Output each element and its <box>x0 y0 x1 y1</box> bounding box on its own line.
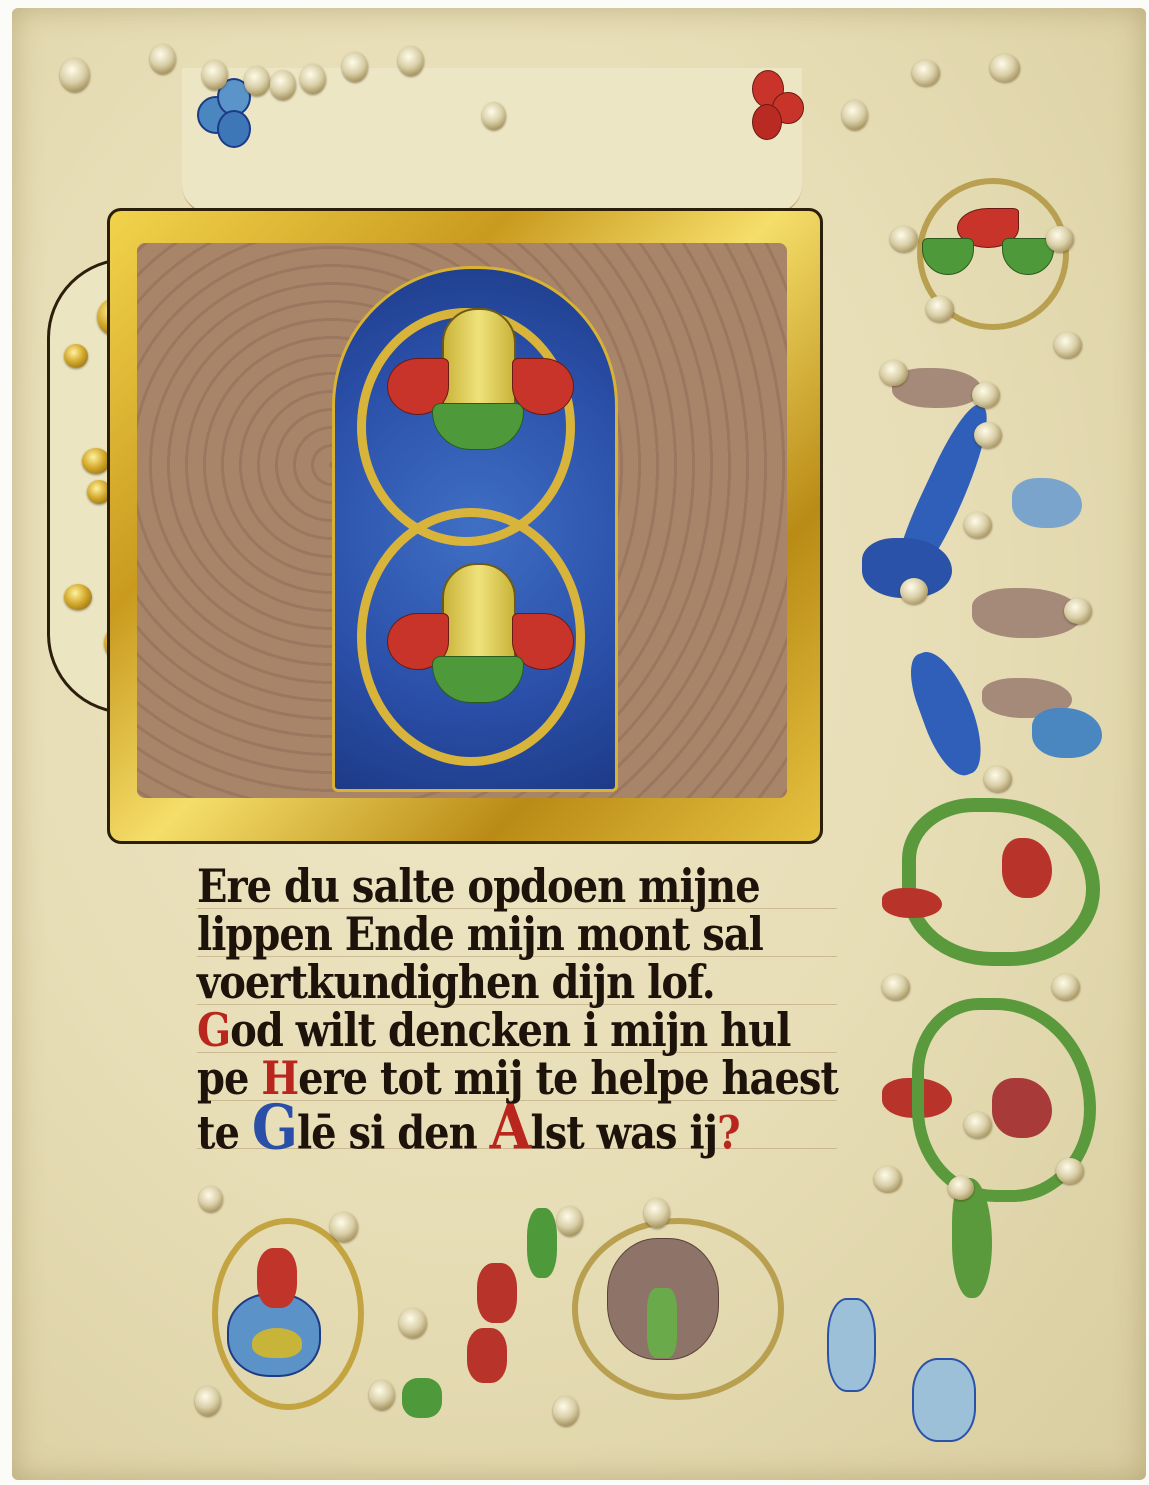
bezant-icon <box>553 1396 579 1426</box>
initial-letter: E <box>345 907 375 961</box>
bezant-icon <box>1052 974 1080 1000</box>
bezant-icon <box>1046 226 1074 252</box>
gold-bezant-icon <box>64 584 92 610</box>
bezant-icon <box>60 58 90 92</box>
bezant-icon <box>342 52 368 82</box>
red-initial: A <box>490 1090 531 1164</box>
bezant-icon <box>369 1380 395 1410</box>
gold-bezant-icon <box>82 448 110 474</box>
red-bud-icon <box>257 1248 297 1308</box>
green-leaf-icon <box>527 1208 557 1278</box>
bezant-icon <box>912 60 940 86</box>
bezant-icon <box>398 46 424 76</box>
bezant-icon <box>270 70 296 100</box>
bezant-icon <box>880 360 908 386</box>
bezant-icon <box>882 974 910 1000</box>
text-block: Ere du salte opdoen mijne lippen Ende mi… <box>197 863 837 1157</box>
text-line-1: Ere du salte opdoen mijne <box>197 859 837 914</box>
text-line-2: lippen Ende mijn mont sal <box>197 907 837 962</box>
bezant-icon <box>990 54 1020 82</box>
light-blue-acanthus-icon <box>1012 478 1082 528</box>
bezant-icon <box>842 100 868 130</box>
bezant-icon <box>964 1112 992 1138</box>
light-blue-leaf-icon <box>827 1298 876 1392</box>
text-line-6: te Glē si den Alst was ij? <box>197 1099 837 1161</box>
bezant-icon <box>890 226 918 252</box>
bezant-icon <box>199 1186 223 1212</box>
bezant-icon <box>1056 1158 1084 1184</box>
text-line-3: voertkundighen dijn lof. <box>197 955 837 1010</box>
bezant-icon <box>964 512 992 538</box>
bezant-icon <box>150 44 176 74</box>
blue-acanthus-icon <box>901 643 992 782</box>
blue-acanthus-icon <box>1032 708 1102 758</box>
green-leaf-icon <box>402 1378 442 1418</box>
bezant-icon <box>244 66 270 96</box>
green-acanthus-icon <box>902 798 1100 966</box>
yellow-bud-icon <box>442 563 516 667</box>
bezant-icon <box>972 382 1000 408</box>
bezant-icon <box>1064 598 1092 624</box>
red-leaf-icon <box>467 1328 507 1383</box>
light-blue-leaf-icon <box>912 1358 976 1442</box>
yellow-center-icon <box>252 1328 302 1358</box>
red-initial: G <box>197 1003 230 1057</box>
text-line-4: God wilt dencken i mijn hul <box>197 1003 837 1058</box>
bezant-icon <box>644 1198 670 1228</box>
yellow-bud-icon <box>442 308 516 412</box>
manuscript-leaf: Ere du salte opdoen mijne lippen Ende mi… <box>12 8 1146 1480</box>
bezant-icon <box>974 422 1002 448</box>
bezant-icon <box>300 64 326 94</box>
bezant-icon <box>557 1206 583 1236</box>
bezant-icon <box>195 1386 221 1416</box>
right-border <box>862 178 1122 1308</box>
red-leaf-icon <box>477 1263 517 1323</box>
bezant-icon <box>482 102 506 130</box>
bezant-icon <box>330 1212 358 1242</box>
gold-bezant-icon <box>64 344 88 368</box>
bezant-icon <box>399 1308 427 1338</box>
red-acanthus-icon <box>882 888 942 918</box>
bottom-border <box>202 1188 1042 1448</box>
bezant-icon <box>984 766 1012 792</box>
bezant-icon <box>900 578 928 604</box>
initial-letter: E <box>197 859 227 913</box>
bezant-icon <box>1054 332 1082 358</box>
green-sepal-icon <box>647 1288 677 1358</box>
bezant-icon <box>926 296 954 322</box>
blue-initial: G <box>252 1090 297 1164</box>
bezant-icon <box>202 60 228 90</box>
